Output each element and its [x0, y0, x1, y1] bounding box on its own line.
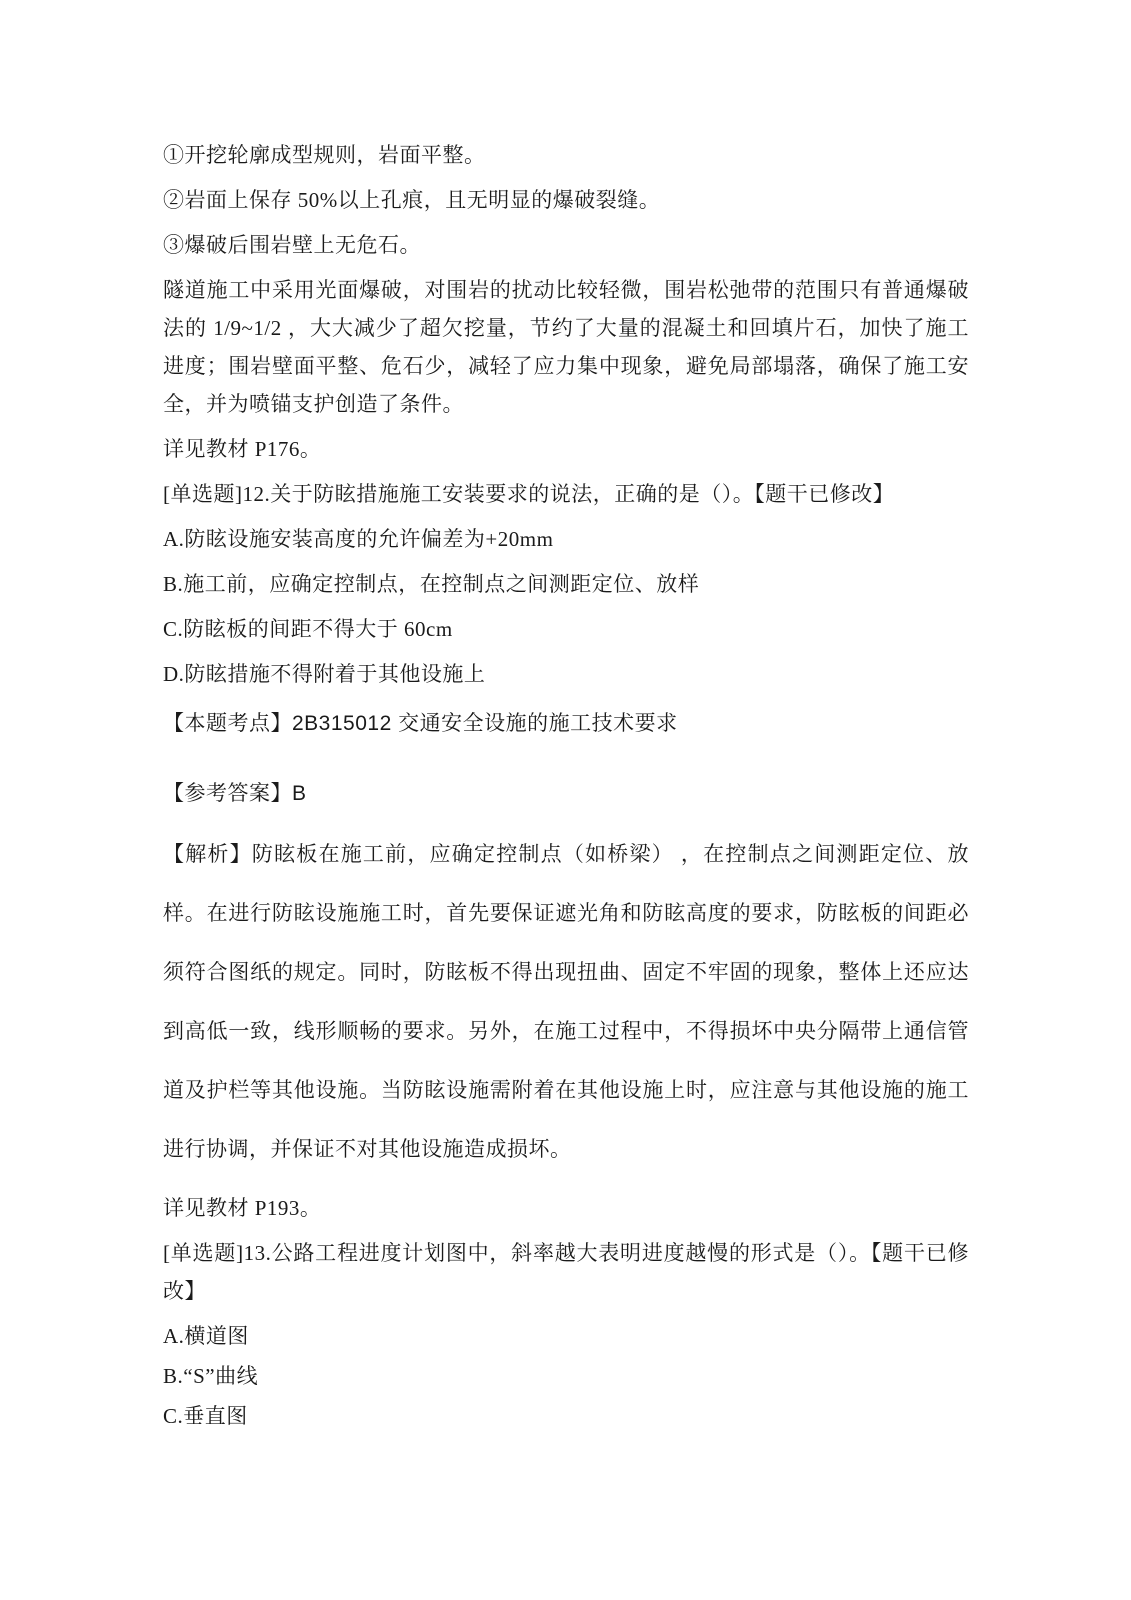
question12-section: [单选题]12.关于防眩措施施工安装要求的说法，正确的是（）。【题干已修改】 A…: [163, 475, 969, 1227]
question-stem: [单选题]12.关于防眩措施施工安装要求的说法，正确的是（）。【题干已修改】: [163, 475, 969, 513]
criterion-item-1: ①开挖轮廓成型规则，岩面平整。: [163, 136, 969, 174]
key-point-line: 【本题考点】2B315012 交通安全设施的施工技术要求: [163, 705, 969, 743]
explanation-paragraph: 隧道施工中采用光面爆破，对围岩的扰动比较轻微，围岩松弛带的范围只有普通爆破法的 …: [163, 271, 969, 423]
option-d: D.防眩措施不得附着于其他设施上: [163, 655, 969, 693]
question13-section: [单选题]13.公路工程进度计划图中，斜率越大表明进度越慢的形式是（）。【题干已…: [163, 1234, 969, 1435]
criterion-item-3: ③爆破后围岩壁上无危石。: [163, 226, 969, 264]
document-content: ①开挖轮廓成型规则，岩面平整。 ②岩面上保存 50%以上孔痕，且无明显的爆破裂缝…: [163, 136, 969, 1437]
analysis-paragraph: 【解析】防眩板在施工前，应确定控制点（如桥梁） ，在控制点之间测距定位、放样。在…: [163, 825, 969, 1179]
option-c: C.防眩板的间距不得大于 60cm: [163, 610, 969, 648]
option-b: B.“S”曲线: [163, 1357, 969, 1395]
question11-explanation-section: ①开挖轮廓成型规则，岩面平整。 ②岩面上保存 50%以上孔痕，且无明显的爆破裂缝…: [163, 136, 969, 468]
textbook-reference: 详见教材 P193。: [163, 1189, 969, 1227]
option-a: A.横道图: [163, 1317, 969, 1355]
criterion-item-2: ②岩面上保存 50%以上孔痕，且无明显的爆破裂缝。: [163, 181, 969, 219]
reference-answer-line: 【参考答案】B: [163, 775, 969, 813]
option-b: B.施工前，应确定控制点，在控制点之间测距定位、放样: [163, 565, 969, 603]
option-a: A.防眩设施安装高度的允许偏差为+20mm: [163, 520, 969, 558]
question-stem: [单选题]13.公路工程进度计划图中，斜率越大表明进度越慢的形式是（）。【题干已…: [163, 1234, 969, 1310]
textbook-reference: 详见教材 P176。: [163, 430, 969, 468]
option-c: C.垂直图: [163, 1397, 969, 1435]
document-page: ①开挖轮廓成型规则，岩面平整。 ②岩面上保存 50%以上孔痕，且无明显的爆破裂缝…: [0, 0, 1131, 1600]
